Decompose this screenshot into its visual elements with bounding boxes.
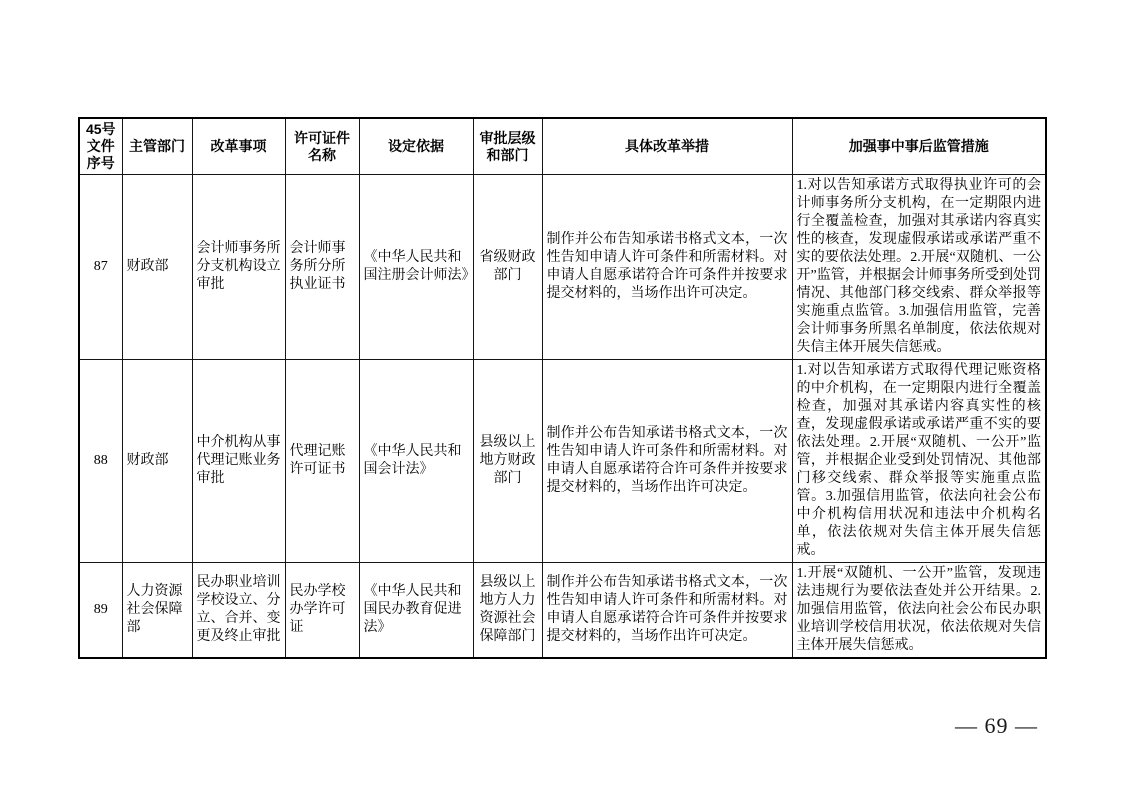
cell-license: 会计师事务所分所执业证书 [285,175,359,360]
cell-basis: 《中华人民共和国注册会计师法》 [359,175,473,360]
document-page: { "page": { "number": "— 69 —" }, "table… [0,0,1122,793]
header-seq: 45号文件序号 [79,118,122,175]
header-supervision: 加强事中事后监管措施 [792,118,1046,175]
cell-approval: 省级财政部门 [473,175,542,360]
cell-dept: 人力资源社会保障部 [122,563,192,659]
header-license-name: 许可证件名称 [285,118,359,175]
cell-seq: 89 [79,563,122,659]
cell-supervision: 1.开展“双随机、一公开”监管，发现违法违规行为要依法查处并公开结果。2.加强信… [792,563,1046,659]
page-number: — 69 — [955,713,1075,739]
cell-measures: 制作并公布告知承诺书格式文本，一次性告知申请人许可条件和所需材料。对申请人自愿承… [542,175,792,360]
header-basis: 设定依据 [359,118,473,175]
cell-license: 代理记账许可证书 [285,360,359,563]
cell-measures: 制作并公布告知承诺书格式文本，一次性告知申请人许可条件和所需材料。对申请人自愿承… [542,360,792,563]
cell-supervision: 1.对以告知承诺方式取得执业许可的会计师事务所分支机构，在一定期限内进行全覆盖检… [792,175,1046,360]
cell-seq: 88 [79,360,122,563]
cell-basis: 《中华人民共和国会计法》 [359,360,473,563]
cell-dept: 财政部 [122,360,192,563]
cell-basis: 《中华人民共和国民办教育促进法》 [359,563,473,659]
cell-reform-item: 中介机构从事代理记账业务审批 [192,360,285,563]
cell-seq: 87 [79,175,122,360]
cell-reform-item: 会计师事务所分支机构设立审批 [192,175,285,360]
cell-license: 民办学校办学许可证 [285,563,359,659]
cell-measures: 制作并公布告知承诺书格式文本，一次性告知申请人许可条件和所需材料。对申请人自愿承… [542,563,792,659]
cell-approval: 县级以上地方财政部门 [473,360,542,563]
header-measures: 具体改革举措 [542,118,792,175]
cell-reform-item: 民办职业培训学校设立、分立、合并、变更及终止审批 [192,563,285,659]
header-row: 45号文件序号 主管部门 改革事项 许可证件名称 设定依据 审批层级和部门 具体… [79,118,1046,175]
table-header: 45号文件序号 主管部门 改革事项 许可证件名称 设定依据 审批层级和部门 具体… [79,118,1046,175]
table-row-87: 87 财政部 会计师事务所分支机构设立审批 会计师事务所分所执业证书 《中华人民… [79,175,1046,360]
table-body: 87 财政部 会计师事务所分支机构设立审批 会计师事务所分所执业证书 《中华人民… [79,175,1046,659]
header-dept: 主管部门 [122,118,192,175]
header-approval: 审批层级和部门 [473,118,542,175]
table-row-89: 89 人力资源社会保障部 民办职业培训学校设立、分立、合并、变更及终止审批 民办… [79,563,1046,659]
table-row-88: 88 财政部 中介机构从事代理记账业务审批 代理记账许可证书 《中华人民共和国会… [79,360,1046,563]
reform-items-table: 45号文件序号 主管部门 改革事项 许可证件名称 设定依据 审批层级和部门 具体… [78,117,1047,659]
cell-dept: 财政部 [122,175,192,360]
header-reform-item: 改革事项 [192,118,285,175]
cell-supervision: 1.对以告知承诺方式取得代理记账资格的中介机构，在一定期限内进行全覆盖检查，加强… [792,360,1046,563]
cell-approval: 县级以上地方人力资源社会保障部门 [473,563,542,659]
